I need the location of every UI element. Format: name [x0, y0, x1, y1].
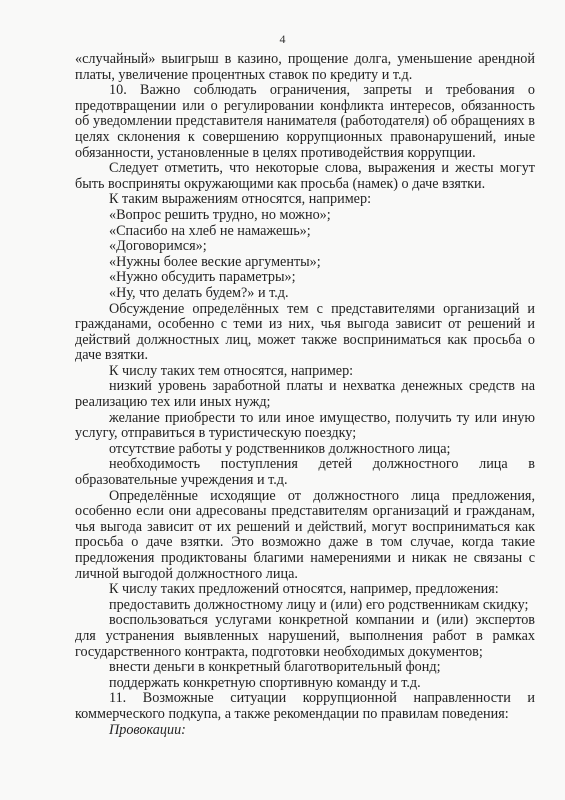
paragraph-topics-intro: К числу таких тем относятся, например:	[75, 364, 535, 380]
offer-item: воспользоваться услугами конкретной комп…	[75, 613, 535, 660]
topic-item: желание приобрести то или иное имущество…	[75, 411, 535, 442]
document-body: «случайный» выигрыш в казино, прощение д…	[75, 52, 535, 738]
topic-item: низкий уровень заработной платы и нехват…	[75, 379, 535, 410]
expression-item: «Спасибо на хлеб не намажешь»;	[75, 224, 535, 240]
paragraph-item-11: 11. Возможные ситуации коррупционной нап…	[75, 691, 535, 722]
paragraph-offers: Определённые исходящие от должностного л…	[75, 489, 535, 583]
offer-item: внести деньги в конкретный благотворител…	[75, 660, 535, 676]
offer-item: предоставить должностному лицу и (или) е…	[75, 598, 535, 614]
expression-item: «Нужны более веские аргументы»;	[75, 255, 535, 271]
paragraph-note: Следует отметить, что некоторые слова, в…	[75, 161, 535, 192]
topic-item: необходимость поступления детей должност…	[75, 457, 535, 488]
expression-item: «Вопрос решить трудно, но можно»;	[75, 208, 535, 224]
paragraph-continuation: «случайный» выигрыш в казино, прощение д…	[75, 52, 535, 83]
paragraph-offers-intro: К числу таких предложений относятся, нап…	[75, 582, 535, 598]
topic-item: отсутствие работы у родственников должно…	[75, 442, 535, 458]
offer-item: поддержать конкретную спортивную команду…	[75, 676, 535, 692]
paragraph-expressions-intro: К таким выражениям относятся, например:	[75, 192, 535, 208]
expression-item: «Договоримся»;	[75, 239, 535, 255]
expression-item: «Ну, что делать будем?» и т.д.	[75, 286, 535, 302]
expression-item: «Нужно обсудить параметры»;	[75, 270, 535, 286]
page-number: 4	[0, 32, 565, 47]
paragraph-topics: Обсуждение определённых тем с представит…	[75, 302, 535, 364]
document-page: 4 «случайный» выигрыш в казино, прощение…	[0, 0, 565, 800]
paragraph-item-10: 10. Важно соблюдать ограничения, запреты…	[75, 83, 535, 161]
subheading-provocations: Провокации:	[75, 723, 535, 739]
